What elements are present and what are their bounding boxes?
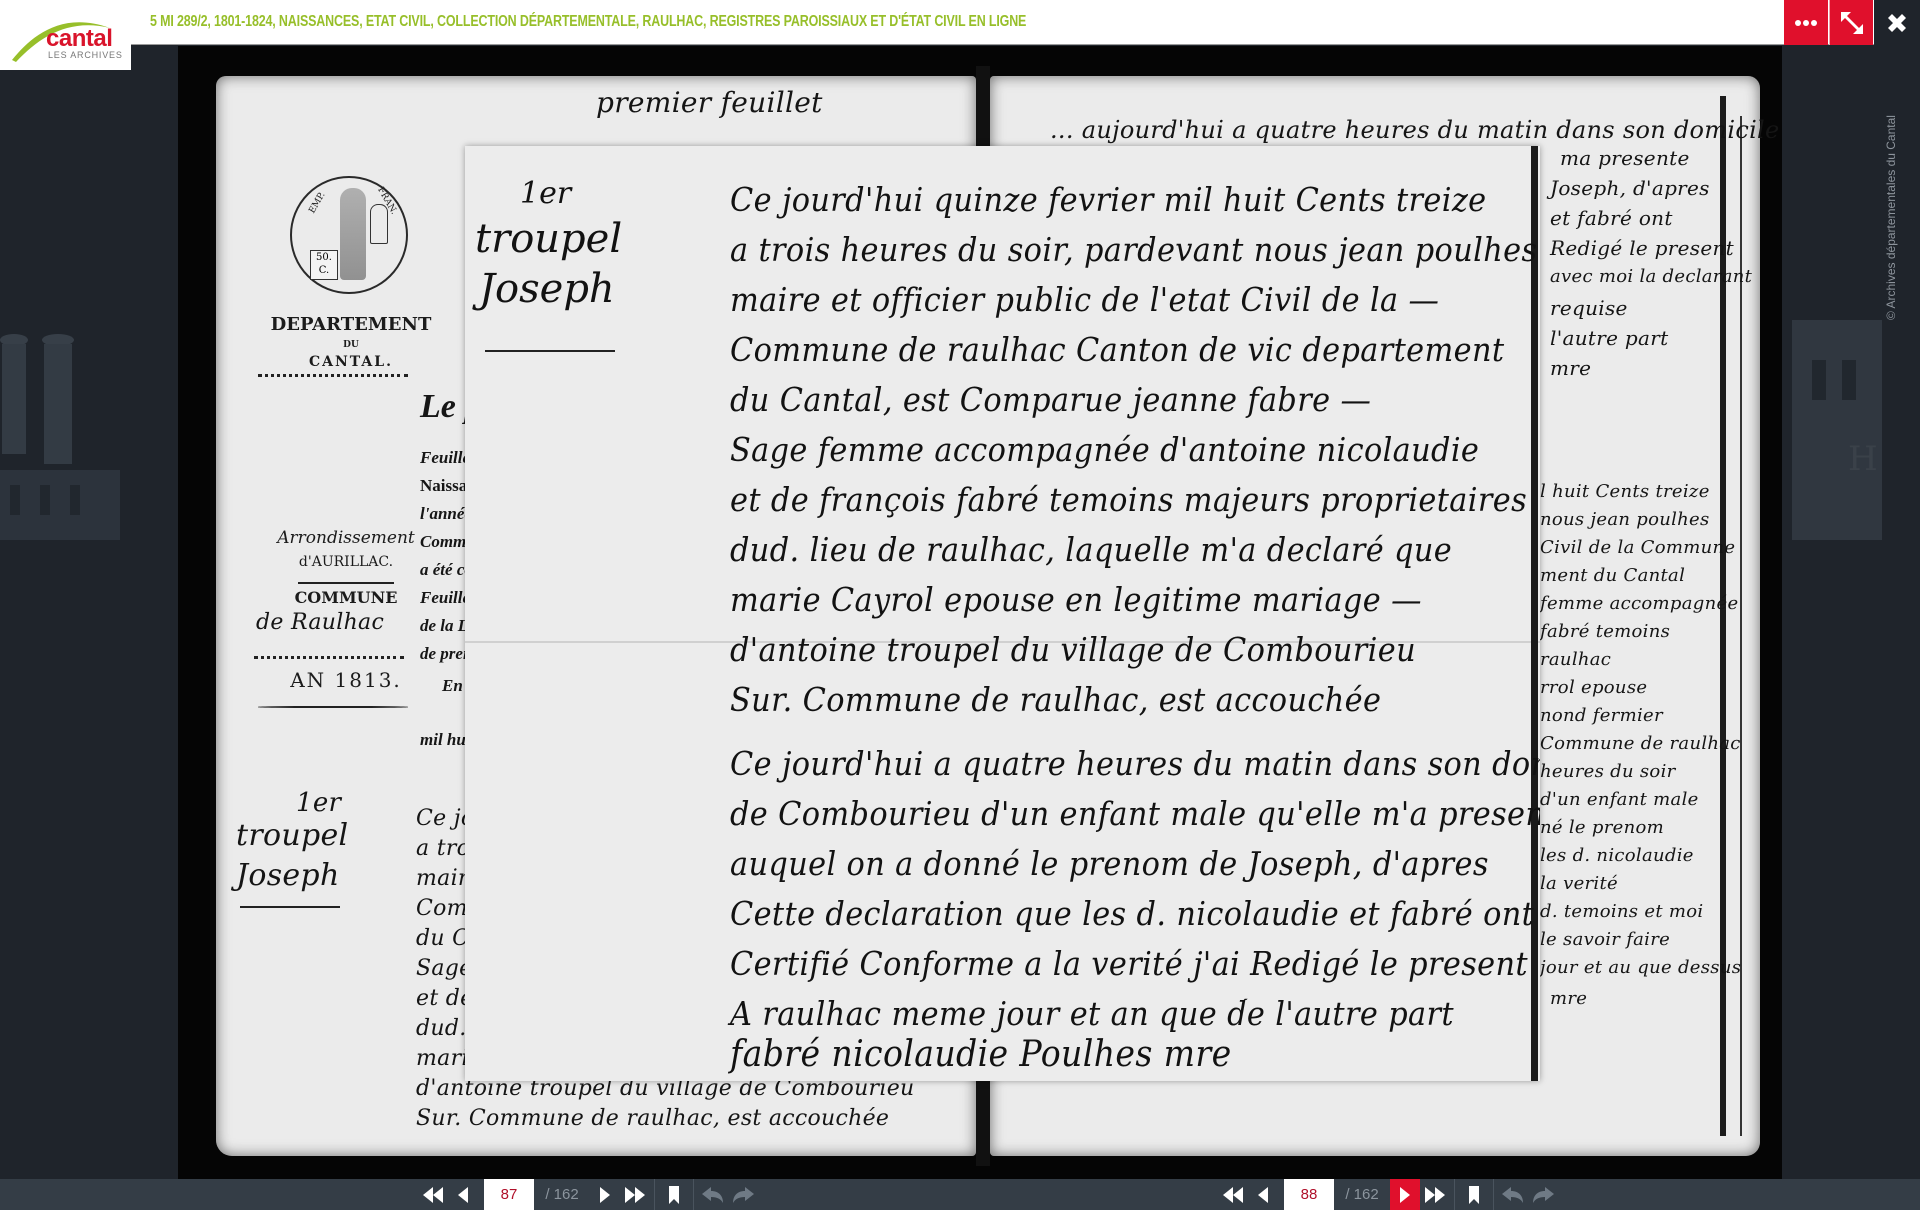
logo-subtitle: LES ARCHIVES: [48, 50, 123, 60]
department-label: DEPARTEMENT: [236, 314, 466, 335]
svg-text:H: H: [1848, 439, 1878, 479]
page-navigation-bar: / 162: [0, 1179, 1920, 1210]
next-page-button[interactable]: [590, 1179, 620, 1210]
pager-right: / 162: [1218, 1179, 1558, 1210]
undo-button[interactable]: [1498, 1179, 1528, 1210]
previous-page-button[interactable]: [1248, 1179, 1278, 1210]
transcription-line: Ce jourd'hui a quatre heures du matin da…: [730, 744, 1540, 783]
undo-button[interactable]: [698, 1179, 728, 1210]
stamp-seal: EMP. FRAN. 50.C.: [290, 176, 408, 294]
fullscreen-button[interactable]: [1829, 0, 1873, 45]
previous-page-icon: [457, 1186, 469, 1204]
logo-wordmark: cantal: [46, 28, 112, 50]
top-note: premier feuillet: [596, 86, 823, 119]
margin-surname: troupel: [236, 818, 348, 853]
transcription-line: a trois heures du soir, pardevant nous j…: [730, 230, 1537, 269]
more-options-button[interactable]: [1784, 0, 1828, 45]
decorative-building-right: H: [1782, 300, 1892, 540]
copyright-notice: © Archives départementales du Cantal: [1884, 115, 1898, 320]
more-icon: [1794, 19, 1818, 27]
first-page-button[interactable]: [1218, 1179, 1248, 1210]
transcription-line: auquel on a donné le prenom de Joseph, d…: [730, 844, 1489, 883]
page-number-input[interactable]: [1284, 1179, 1334, 1210]
archive-viewer: 5 MI 289/2, 1801-1824, NAISSANCES, ETAT …: [0, 0, 1920, 1210]
transcription-line: du Cantal, est Comparue jeanne fabre —: [730, 380, 1371, 419]
document-title: 5 MI 289/2, 1801-1824, NAISSANCES, ETAT …: [150, 13, 1026, 31]
transcription-line: Sage femme accompagnée d'antoine nicolau…: [730, 430, 1479, 469]
top-line: ... aujourd'hui a quatre heures du matin…: [1050, 116, 1780, 144]
close-button[interactable]: [1874, 0, 1920, 45]
magnifier-margin-number: 1er: [520, 176, 571, 211]
transcription-line: Certifié Conforme a la verité j'ai Redig…: [730, 944, 1528, 983]
printed-line: mil hui: [420, 730, 471, 750]
transcription-line: d'antoine troupel du village de Combouri…: [730, 630, 1416, 669]
previous-page-icon: [1257, 1186, 1269, 1204]
undo-icon: [701, 1186, 725, 1204]
department-name: CANTAL.: [236, 354, 466, 370]
first-page-icon: [1222, 1186, 1244, 1204]
printed-line: Feuille: [420, 588, 470, 608]
redo-icon: [1531, 1186, 1555, 1204]
last-page-icon: [1424, 1186, 1446, 1204]
department-du: DU: [236, 340, 466, 350]
transcription-line: Commune de raulhac Canton de vic departe…: [730, 330, 1504, 369]
last-page-icon: [624, 1186, 646, 1204]
signature-line: fabré nicolaudie Poulhes mre: [730, 1034, 1232, 1075]
transcription-line: A raulhac meme jour et an que de l'autre…: [730, 994, 1454, 1033]
next-page-icon: [1399, 1186, 1411, 1204]
redo-button[interactable]: [1528, 1179, 1558, 1210]
next-page-button[interactable]: [1390, 1179, 1420, 1210]
printed-line: de la L: [420, 616, 468, 636]
printed-line: Feuille: [420, 448, 470, 468]
transcription-line: maire et officier public de l'etat Civil…: [730, 280, 1439, 319]
magnifier-lens[interactable]: 1er troupel Joseph Ce jourd'hui quinze f…: [465, 146, 1540, 1081]
header-bar: 5 MI 289/2, 1801-1824, NAISSANCES, ETAT …: [0, 0, 1920, 45]
last-page-button[interactable]: [1420, 1179, 1450, 1210]
magnifier-margin-given-name: Joseph: [479, 266, 615, 312]
transcription-line: et de françois fabré temoins majeurs pro…: [730, 480, 1527, 519]
margin-number: 1er: [296, 788, 341, 818]
magnifier-lens-lower: A raulhac meme jour et an que de l'autre…: [465, 1000, 1540, 1081]
first-page-button[interactable]: [418, 1179, 448, 1210]
transcription-line: Ce jourd'hui quinze fevrier mil huit Cen…: [730, 180, 1487, 219]
close-icon: [1885, 11, 1909, 35]
page-total: / 162: [534, 1186, 590, 1203]
bookmark-button[interactable]: [1459, 1179, 1489, 1210]
page-number-input[interactable]: [484, 1179, 534, 1210]
transcription-line: Cette declaration que les d. nicolaudie …: [730, 894, 1534, 933]
previous-page-button[interactable]: [448, 1179, 478, 1210]
page-total: / 162: [1334, 1186, 1390, 1203]
page-rule: [1531, 146, 1538, 1081]
redo-button[interactable]: [728, 1179, 758, 1210]
commune-name: de Raulhac: [256, 610, 384, 635]
last-page-button[interactable]: [620, 1179, 650, 1210]
fullscreen-icon: [1838, 9, 1866, 37]
bookmark-icon: [668, 1185, 680, 1205]
next-page-icon: [599, 1186, 611, 1204]
margin-given-name: Joseph: [236, 858, 340, 893]
bookmark-icon: [1468, 1185, 1480, 1205]
decorative-figures-left: [0, 320, 120, 540]
year-label: AN 1813.: [236, 668, 456, 692]
pager-left: / 162: [418, 1179, 758, 1210]
transcription-line: de Combourieu d'un enfant male qu'elle m…: [730, 794, 1540, 833]
bookmark-button[interactable]: [659, 1179, 689, 1210]
first-page-icon: [422, 1186, 444, 1204]
cantal-archives-logo[interactable]: cantal LES ARCHIVES: [0, 0, 131, 70]
undo-icon: [1501, 1186, 1525, 1204]
transcription-line: marie Cayrol epouse en legitime mariage …: [730, 580, 1422, 619]
redo-icon: [731, 1186, 755, 1204]
transcription-line: dud. lieu de raulhac, laquelle m'a decla…: [730, 530, 1452, 569]
magnifier-margin-surname: troupel: [475, 216, 622, 262]
transcription-line: Sur. Commune de raulhac, est accouchée: [730, 680, 1381, 719]
